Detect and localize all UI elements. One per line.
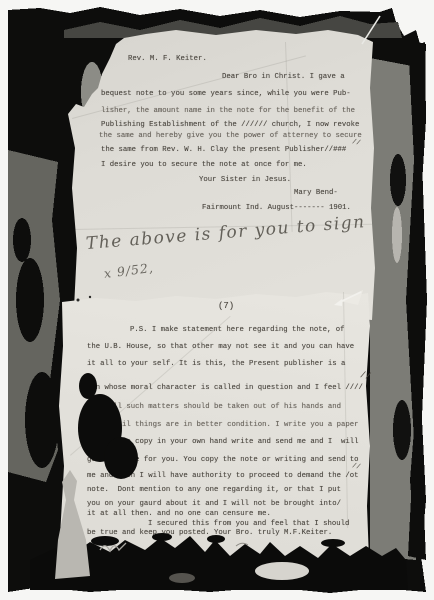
left-edge-ink-blob	[79, 373, 97, 399]
blotch-tendril	[207, 535, 225, 543]
bottom-left-gray-shape	[55, 470, 90, 579]
photo-of-letter: Rev. M. F. Keiter. Dear Bro in Christ. I…	[0, 0, 434, 600]
blotch-tendril	[152, 533, 172, 541]
staple-speck	[77, 299, 80, 302]
photo-damage-overlay	[0, 0, 434, 600]
blotch-white-gap	[255, 562, 309, 580]
left-edge-ink-blob	[104, 437, 138, 479]
pin-arrowhead	[334, 299, 342, 306]
blotch-tendril	[321, 539, 345, 547]
blotch-tendril	[91, 536, 119, 546]
staple-speck	[89, 296, 91, 298]
pin-mark	[362, 16, 380, 44]
blotch-gray-gap	[169, 573, 195, 583]
